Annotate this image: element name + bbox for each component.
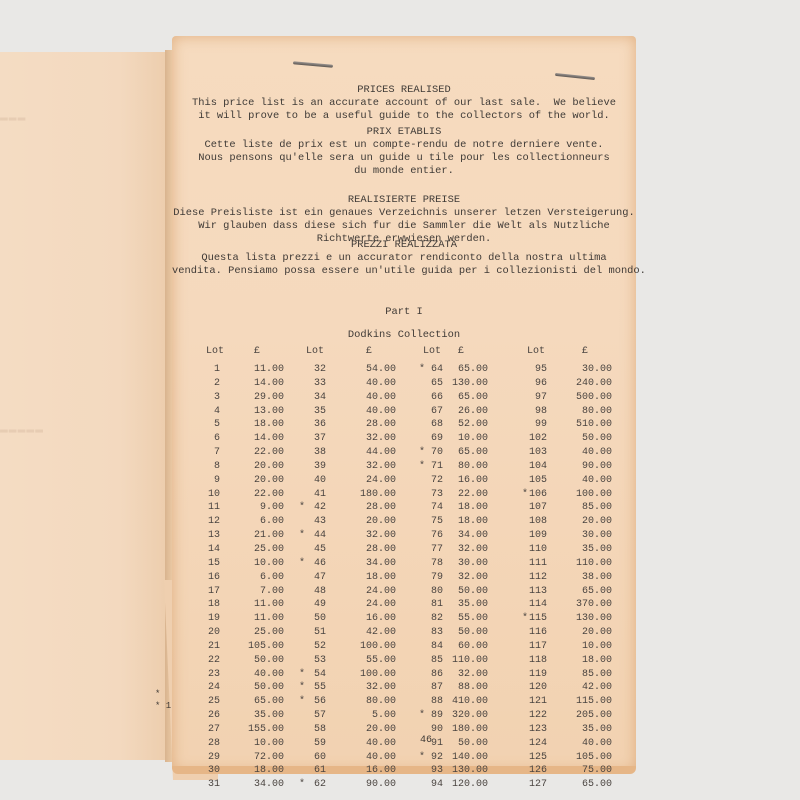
lot-number: 122	[517, 709, 547, 723]
lot-price: 180.00	[432, 723, 488, 737]
lot-price: 10.00	[556, 640, 612, 654]
part-title: Part I	[172, 306, 636, 319]
section-line: Wir glauben dass diese sich fur die Samm…	[172, 220, 636, 233]
lot-number: 104	[517, 460, 547, 474]
lot-number: 117	[517, 640, 547, 654]
column-header-lot: Lot	[527, 346, 545, 357]
lot-price: 65.00	[228, 695, 284, 709]
lot-price: 40.00	[228, 668, 284, 682]
lot-number: 46	[296, 557, 326, 571]
lot-price: 9.00	[228, 501, 284, 515]
lot-price: 7.00	[228, 585, 284, 599]
lot-price: 32.00	[340, 681, 396, 695]
lot-price: 21.00	[228, 529, 284, 543]
lot-price: 60.00	[432, 640, 488, 654]
lot-price: 11.00	[228, 363, 284, 377]
lot-number: 123	[517, 723, 547, 737]
lot-price: 20.00	[340, 723, 396, 737]
lot-price: 28.00	[340, 501, 396, 515]
lot-number: 23	[190, 668, 220, 682]
lot-price: 13.00	[228, 405, 284, 419]
lot-price: 205.00	[556, 709, 612, 723]
folded-corner-marks: ** 1	[155, 688, 171, 712]
lot-price: 24.00	[340, 598, 396, 612]
lot-price: 6.00	[228, 515, 284, 529]
lot-number: 115	[517, 612, 547, 626]
lot-price: 28.00	[340, 418, 396, 432]
lot-number: 25	[190, 695, 220, 709]
lot-price: 50.00	[432, 585, 488, 599]
lot-number: 113	[517, 585, 547, 599]
section-line: Nous pensons qu'elle sera un guide u til…	[172, 152, 636, 165]
column-header-lot: Lot	[423, 346, 441, 357]
column-header-price: £	[366, 346, 372, 357]
lot-number: 27	[190, 723, 220, 737]
lot-price: 115.00	[556, 695, 612, 709]
lot-number: 8	[190, 460, 220, 474]
lot-price: 25.00	[228, 543, 284, 557]
column-header-price: £	[254, 346, 260, 357]
lot-price: 130.00	[432, 764, 488, 778]
left-page: ▬▬▬ ▬▬▬▬▬	[0, 52, 172, 760]
lot-number: 116	[517, 626, 547, 640]
lot-price: 30.00	[432, 557, 488, 571]
lot-number: 57	[296, 709, 326, 723]
lot-price: 16.00	[432, 474, 488, 488]
lot-price: 240.00	[556, 377, 612, 391]
page-number: 46	[420, 735, 432, 746]
section-line: vendita. Pensiamo possa essere un'utile …	[172, 265, 636, 278]
lot-price: 35.00	[556, 723, 612, 737]
lot-price: 85.00	[556, 668, 612, 682]
lot-number: 3	[190, 391, 220, 405]
lot-price: 35.00	[556, 543, 612, 557]
lot-price: 38.00	[556, 571, 612, 585]
lot-price: 22.00	[228, 446, 284, 460]
lot-price: 25.00	[228, 626, 284, 640]
lot-price: 10.00	[432, 432, 488, 446]
lot-price: 16.00	[340, 764, 396, 778]
lot-number: 13	[190, 529, 220, 543]
lot-price: 42.00	[556, 681, 612, 695]
lot-price: 29.00	[228, 391, 284, 405]
lot-number: 12	[190, 515, 220, 529]
lot-number: 111	[517, 557, 547, 571]
lot-price: 100.00	[556, 488, 612, 502]
column-header-lot: Lot	[306, 346, 324, 357]
column-header-lot: Lot	[206, 346, 224, 357]
lot-price: 65.00	[432, 391, 488, 405]
section-heading: PRICES REALISED	[172, 84, 636, 97]
lot-price: 50.00	[228, 681, 284, 695]
section-heading: REALISIERTE PREISE	[172, 194, 636, 207]
section-line: This price list is an accurate account o…	[172, 97, 636, 110]
lot-number: 112	[517, 571, 547, 585]
lot-number: 118	[517, 654, 547, 668]
lot-price: 10.00	[228, 737, 284, 751]
lot-price: 110.00	[556, 557, 612, 571]
section-line: Diese Preisliste ist ein genaues Verzeic…	[172, 207, 636, 220]
lot-price: 30.00	[556, 363, 612, 377]
lot-price: 20.00	[556, 515, 612, 529]
column-header-price: £	[582, 346, 588, 357]
lot-number: 1	[190, 363, 220, 377]
lot-price: 40.00	[340, 405, 396, 419]
lot-number: 44	[296, 529, 326, 543]
column-header-price: £	[458, 346, 464, 357]
lot-number: 54	[296, 668, 326, 682]
lot-price: 65.00	[432, 446, 488, 460]
lot-price: 11.00	[228, 598, 284, 612]
lot-price: 155.00	[228, 723, 284, 737]
lot-price: 52.00	[432, 418, 488, 432]
lot-price: 40.00	[556, 474, 612, 488]
lot-number: 5	[190, 418, 220, 432]
lot-number: 95	[517, 363, 547, 377]
lot-price: 50.00	[432, 737, 488, 751]
lot-number: 62	[296, 778, 326, 792]
lot-price: 40.00	[556, 737, 612, 751]
lot-price: 35.00	[432, 598, 488, 612]
lot-price: 20.00	[228, 460, 284, 474]
lot-price: 90.00	[556, 460, 612, 474]
lot-number: 18	[190, 598, 220, 612]
lot-price: 65.00	[556, 778, 612, 792]
lot-price: 100.00	[340, 640, 396, 654]
lot-number: 9	[190, 474, 220, 488]
lot-price: 18.00	[340, 571, 396, 585]
lot-number: 20	[190, 626, 220, 640]
lot-price: 100.00	[340, 668, 396, 682]
lot-price: 88.00	[432, 681, 488, 695]
lot-price: 18.00	[228, 418, 284, 432]
lot-price: 20.00	[228, 474, 284, 488]
lot-price: 24.00	[340, 585, 396, 599]
lot-price: 16.00	[340, 612, 396, 626]
lot-price: 20.00	[340, 515, 396, 529]
lot-number: 110	[517, 543, 547, 557]
lot-price: 90.00	[340, 778, 396, 792]
lot-number: 4	[190, 405, 220, 419]
lot-price: 410.00	[432, 695, 488, 709]
lot-number: 114	[517, 598, 547, 612]
lot-number: 53	[296, 654, 326, 668]
lot-price: 14.00	[228, 377, 284, 391]
lot-price: 65.00	[556, 585, 612, 599]
lot-price: 40.00	[556, 446, 612, 460]
lot-price: 130.00	[556, 612, 612, 626]
section-line: Questa lista prezzi e un accurator rendi…	[172, 252, 636, 265]
lot-price: 11.00	[228, 612, 284, 626]
lot-price: 32.00	[340, 460, 396, 474]
lot-number: 121	[517, 695, 547, 709]
lot-number: 55	[296, 681, 326, 695]
lot-number: 59	[296, 737, 326, 751]
lot-price: 40.00	[340, 377, 396, 391]
lot-price: 180.00	[340, 488, 396, 502]
lot-price: 370.00	[556, 598, 612, 612]
lot-number: 103	[517, 446, 547, 460]
lot-number: 26	[190, 709, 220, 723]
lot-price: 120.00	[432, 778, 488, 792]
lot-number: 127	[517, 778, 547, 792]
lot-number: 119	[517, 668, 547, 682]
lot-number: 10	[190, 488, 220, 502]
lot-price: 140.00	[432, 751, 488, 765]
lot-number: 58	[296, 723, 326, 737]
lot-price: 34.00	[228, 778, 284, 792]
lot-price: 75.00	[556, 764, 612, 778]
lot-price: 110.00	[432, 654, 488, 668]
lot-number: 50	[296, 612, 326, 626]
lot-price: 80.00	[340, 695, 396, 709]
lot-number: 43	[296, 515, 326, 529]
lot-number: 40	[296, 474, 326, 488]
lot-number: 97	[517, 391, 547, 405]
lot-number: 6	[190, 432, 220, 446]
lot-price: 510.00	[556, 418, 612, 432]
lot-number: 125	[517, 751, 547, 765]
lot-number: 42	[296, 501, 326, 515]
lot-price: 130.00	[432, 377, 488, 391]
section-heading: PRIX ETABLIS	[172, 126, 636, 139]
section-line: Cette liste de prix est un compte-rendu …	[172, 139, 636, 152]
lot-number: 52	[296, 640, 326, 654]
lot-number: 34	[296, 391, 326, 405]
lot-number: 49	[296, 598, 326, 612]
lot-number: 31	[190, 778, 220, 792]
lot-price: 80.00	[556, 405, 612, 419]
lot-price: 24.00	[340, 474, 396, 488]
lot-price: 34.00	[340, 557, 396, 571]
lot-price: 28.00	[340, 543, 396, 557]
lot-number: 96	[517, 377, 547, 391]
lot-price: 500.00	[556, 391, 612, 405]
lot-number: 107	[517, 501, 547, 515]
lot-price: 32.00	[340, 432, 396, 446]
lot-price: 105.00	[228, 640, 284, 654]
lot-number: 120	[517, 681, 547, 695]
lot-number: 32	[296, 363, 326, 377]
lot-number: 38	[296, 446, 326, 460]
lot-price: 22.00	[432, 488, 488, 502]
bleed-through-text: ▬▬▬▬▬	[0, 422, 44, 437]
lot-price: 50.00	[556, 432, 612, 446]
section-heading: PREZZI REALIZZATA	[172, 239, 636, 252]
lot-number: 30	[190, 764, 220, 778]
lot-number: 60	[296, 751, 326, 765]
lot-number: 109	[517, 529, 547, 543]
section-line: du monde entier.	[172, 165, 636, 178]
lot-price: 40.00	[340, 391, 396, 405]
lot-price: 30.00	[556, 529, 612, 543]
lot-number: 106	[517, 488, 547, 502]
lot-price: 32.00	[432, 543, 488, 557]
lot-price: 54.00	[340, 363, 396, 377]
lot-number: 41	[296, 488, 326, 502]
lot-price: 55.00	[432, 612, 488, 626]
lot-price: 22.00	[228, 488, 284, 502]
lot-number: 105	[517, 474, 547, 488]
lot-price: 40.00	[340, 751, 396, 765]
lot-number: 7	[190, 446, 220, 460]
lot-price: 18.00	[228, 764, 284, 778]
lot-price: 32.00	[432, 668, 488, 682]
lot-number: 99	[517, 418, 547, 432]
lot-number: 102	[517, 432, 547, 446]
lot-number: 61	[296, 764, 326, 778]
lot-number: 36	[296, 418, 326, 432]
lot-price: 72.00	[228, 751, 284, 765]
lot-price: 44.00	[340, 446, 396, 460]
lot-price: 26.00	[432, 405, 488, 419]
lot-number: 22	[190, 654, 220, 668]
lot-number: 33	[296, 377, 326, 391]
lot-price: 65.00	[432, 363, 488, 377]
lot-price: 80.00	[432, 460, 488, 474]
lot-number: 39	[296, 460, 326, 474]
lot-price: 10.00	[228, 557, 284, 571]
lot-price: 5.00	[340, 709, 396, 723]
lot-price: 14.00	[228, 432, 284, 446]
lot-price: 50.00	[432, 626, 488, 640]
lot-price: 18.00	[432, 501, 488, 515]
bleed-through-text: ▬▬▬	[0, 110, 26, 125]
collection-title: Dodkins Collection	[172, 329, 636, 342]
lot-number: 108	[517, 515, 547, 529]
lot-number: 124	[517, 737, 547, 751]
lot-price: 18.00	[432, 515, 488, 529]
lot-number: 35	[296, 405, 326, 419]
lot-number: 56	[296, 695, 326, 709]
lot-number: 17	[190, 585, 220, 599]
lot-number: 21	[190, 640, 220, 654]
lot-price: 55.00	[340, 654, 396, 668]
lot-number: 2	[190, 377, 220, 391]
lot-number: 28	[190, 737, 220, 751]
lot-price: 32.00	[340, 529, 396, 543]
lot-number: 98	[517, 405, 547, 419]
lot-number: 11	[190, 501, 220, 515]
lot-price: 32.00	[432, 571, 488, 585]
lot-price: 105.00	[556, 751, 612, 765]
lot-number: 51	[296, 626, 326, 640]
lot-number: 29	[190, 751, 220, 765]
section-line: it will prove to be a useful guide to th…	[172, 110, 636, 123]
lot-price: 34.00	[432, 529, 488, 543]
lot-number: 37	[296, 432, 326, 446]
lot-number: 48	[296, 585, 326, 599]
lot-number: 45	[296, 543, 326, 557]
lot-number: 19	[190, 612, 220, 626]
lot-price: 50.00	[228, 654, 284, 668]
lot-number: 47	[296, 571, 326, 585]
lot-number: 126	[517, 764, 547, 778]
lot-price: 20.00	[556, 626, 612, 640]
lot-price: 6.00	[228, 571, 284, 585]
lot-price: 42.00	[340, 626, 396, 640]
lot-price: 85.00	[556, 501, 612, 515]
lot-price: 320.00	[432, 709, 488, 723]
lot-number: 15	[190, 557, 220, 571]
lot-number: 24	[190, 681, 220, 695]
lot-price: 18.00	[556, 654, 612, 668]
lot-number: 14	[190, 543, 220, 557]
lot-price: 35.00	[228, 709, 284, 723]
lot-number: 16	[190, 571, 220, 585]
lot-price: 40.00	[340, 737, 396, 751]
